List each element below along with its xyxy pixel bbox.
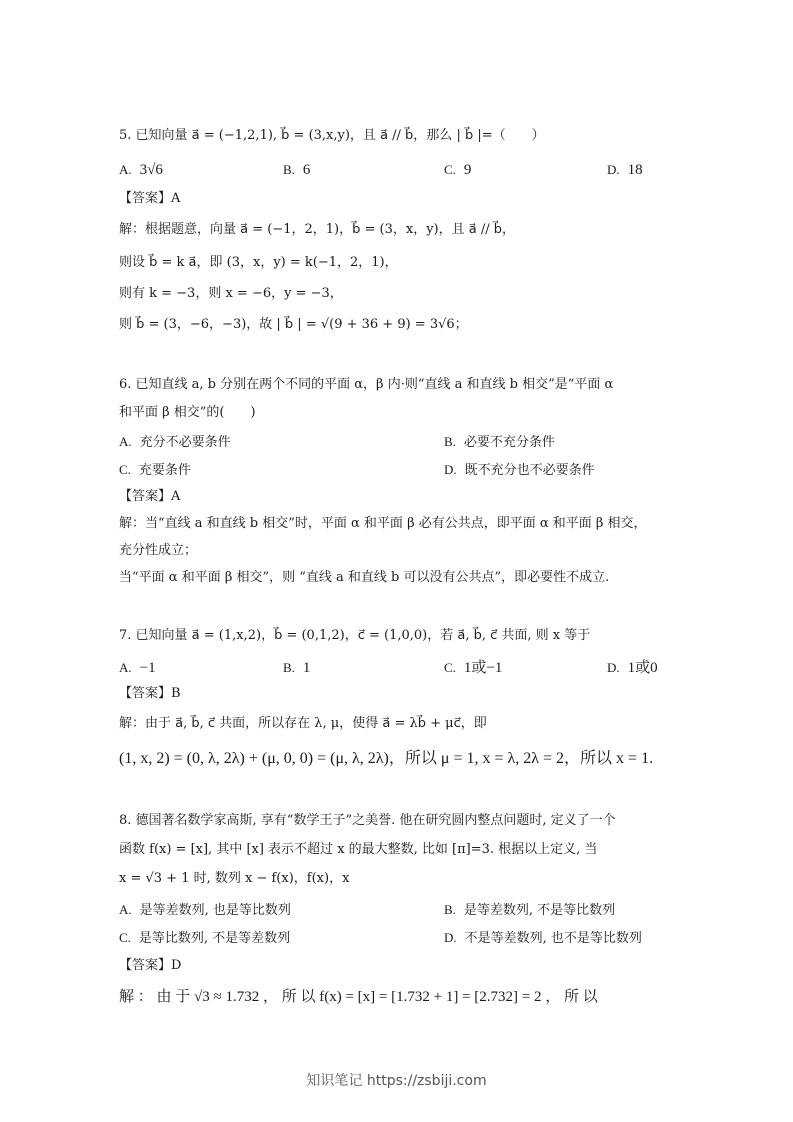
- option-b: B.必要不充分条件: [444, 433, 555, 452]
- question-stem: x = √3 + 1 时, 数列 x − f(x)，f(x)，x: [119, 870, 349, 888]
- answer-label: 【答案】B: [119, 685, 181, 703]
- option-d: D.1或0: [607, 659, 658, 678]
- option-d: D.18: [607, 161, 643, 180]
- answer-label: 【答案】A: [119, 488, 180, 506]
- footer-watermark: 知识笔记 https://zsbiji.com: [0, 1070, 793, 1090]
- option-c: C.1或−1: [444, 659, 502, 678]
- question-stem: 函数 f(x) = [x], 其中 [x] 表示不超过 x 的最大整数, 比如 …: [119, 841, 597, 859]
- solution-line: 解：当“直线 a 和直线 b 相交”时，平面 α 和平面 β 必有公共点，即平面…: [119, 515, 647, 533]
- question-stem: 6. 已知直线 a, b 分别在两个不同的平面 α，β 内·则“直线 a 和直线…: [119, 376, 613, 394]
- option-b: B.6: [283, 161, 310, 180]
- solution-line: (1, x, 2) = (0, λ, 2λ) + (μ, 0, 0) = (μ,…: [119, 750, 653, 768]
- question-stem: 5. 已知向量 a⃗ = (−1,2,1), b⃗ = (3,x,y)，且 a⃗…: [119, 127, 545, 145]
- option-a: A.是等差数列, 也是等比数列: [119, 901, 291, 920]
- solution-line: 当“平面 α 和平面 β 相交”，则 “直线 a 和直线 b 可以没有公共点”，…: [119, 569, 609, 587]
- answer-label: 【答案】D: [119, 957, 181, 975]
- option-d: D.不是等差数列, 也不是等比数列: [444, 929, 642, 948]
- option-b: B.1: [283, 659, 310, 678]
- solution-line: 则 b⃗ = (3，−6，−3)，故 | b⃗ | = √(9 + 36 + 9…: [119, 316, 468, 334]
- option-d: D.既不充分也不必要条件: [444, 461, 595, 480]
- option-a: A.−1: [119, 659, 156, 678]
- answer-label: 【答案】A: [119, 190, 180, 208]
- option-b: B.是等差数列, 不是等比数列: [444, 901, 615, 920]
- solution-line: 充分性成立；: [119, 542, 197, 560]
- question-stem: 8. 德国著名数学家高斯, 享有“数学王子”之美誉. 他在研究圆内整点问题时, …: [119, 812, 616, 830]
- option-a: A.3√6: [119, 161, 163, 180]
- solution-line: 则设 b⃗ = k a⃗，即 (3，x，y) = k(−1，2，1)，: [119, 254, 398, 272]
- solution-line: 解：根据题意，向量 a⃗ = (−1，2，1)，b⃗ = (3，x，y)，且 a…: [119, 221, 515, 239]
- option-a: A.充分不必要条件: [119, 433, 231, 452]
- option-c: C.9: [444, 161, 471, 180]
- option-c: C.充要条件: [119, 461, 191, 480]
- question-stem: 7. 已知向量 a⃗ = (1,x,2)，b⃗ = (0,1,2)，c⃗ = (…: [119, 627, 590, 645]
- solution-line: 解：由于 a⃗, b⃗, c⃗ 共面，所以存在 λ, μ，使得 a⃗ = λb⃗…: [119, 715, 487, 733]
- solution-line: 则有 k = −3，则 x = −6，y = −3，: [119, 285, 343, 303]
- option-c: C.是等比数列, 不是等差数列: [119, 929, 290, 948]
- solution-line: 解 ： 由 于 √3 ≈ 1.732 ， 所 以 f(x) = [x] = [1…: [119, 988, 598, 1006]
- question-stem: 和平面 β 相交”的( ): [119, 404, 256, 422]
